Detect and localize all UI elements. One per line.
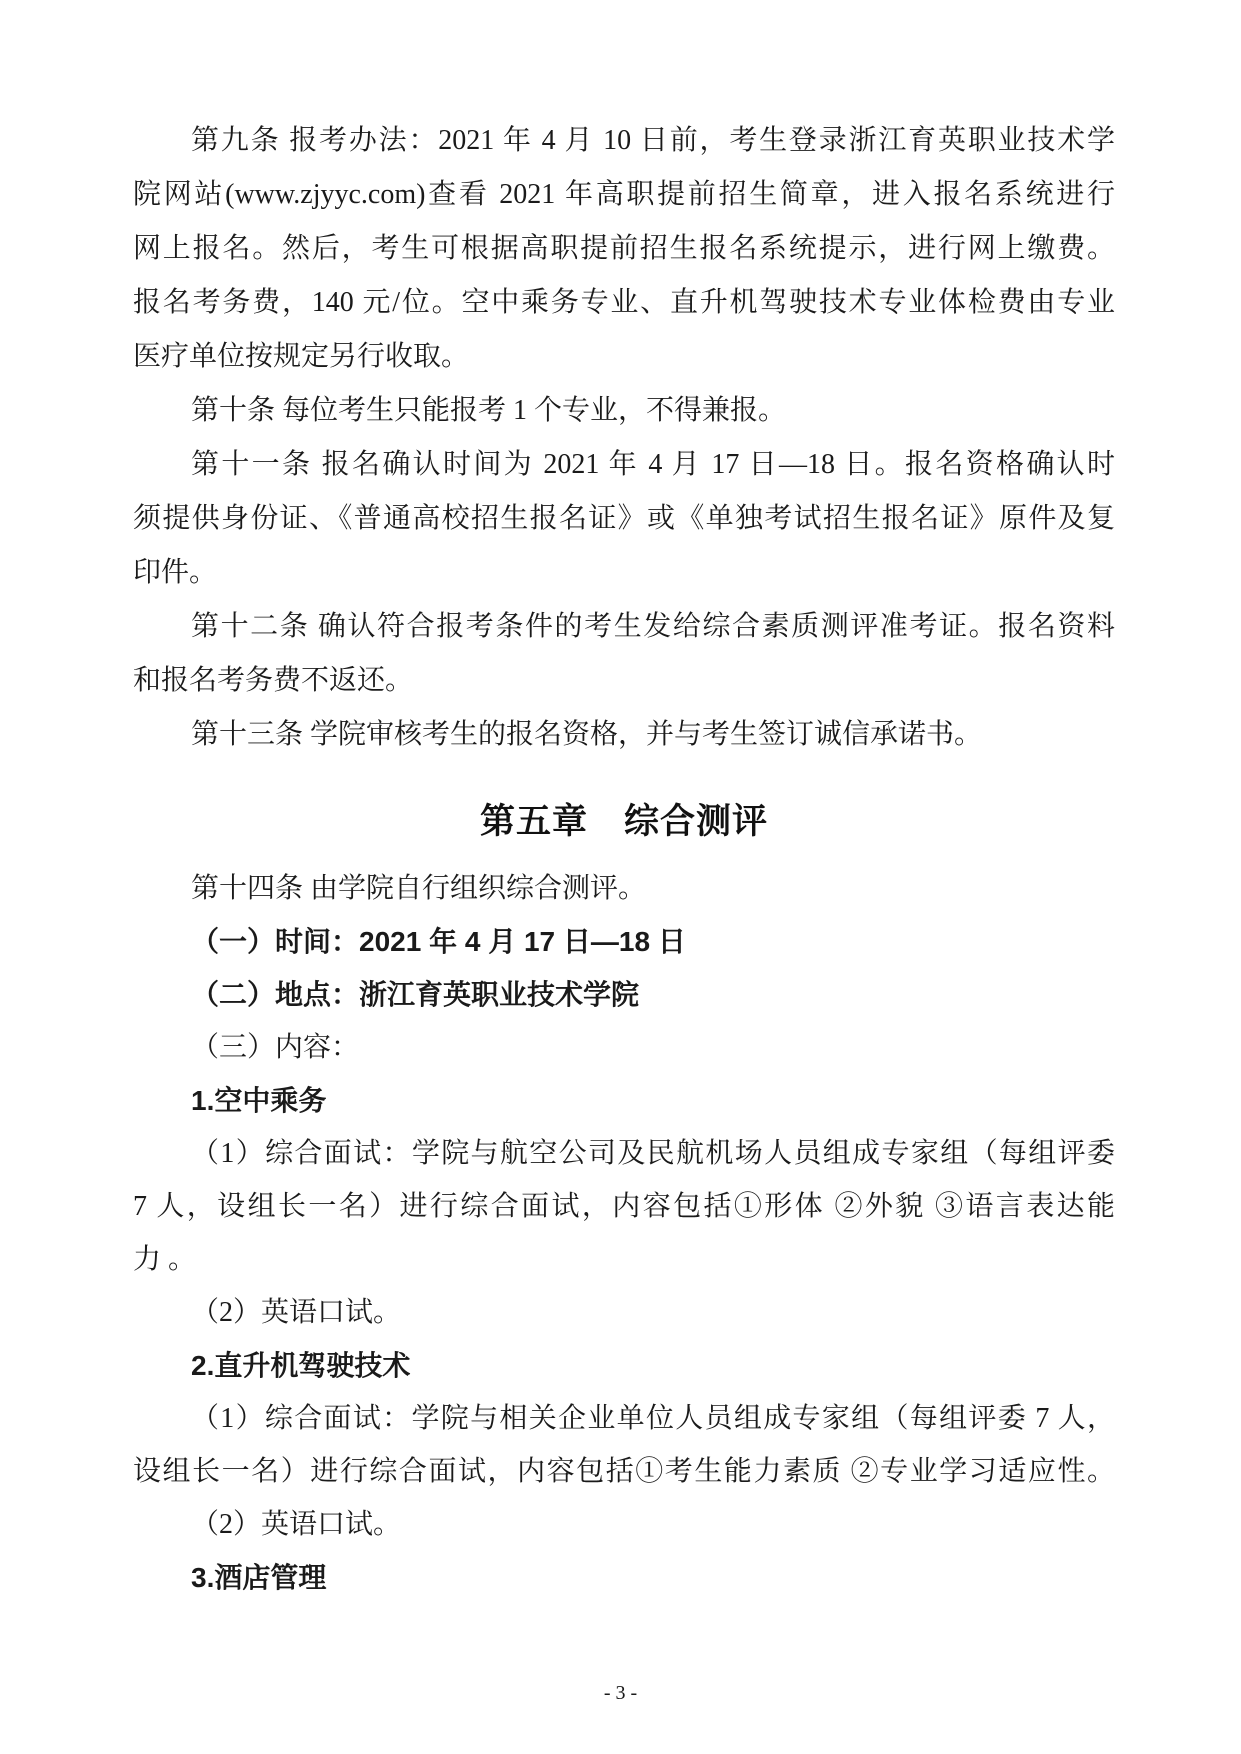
text-line: 设组长一名）进行综合面试，内容包括①考生能力素质 ②专业学习适应性。 — [133, 1445, 1115, 1498]
text-line: 报名考务费，140 元/位。空中乘务专业、直升机驾驶技术专业体检费由专业 — [133, 276, 1115, 330]
document-page: 第九条 报考办法：2021 年 4 月 10 日前，考生登录浙江育英职业技术学院… — [0, 0, 1241, 1754]
text-line: （1）综合面试：学院与航空公司及民航机场人员组成专家组（每组评委 — [133, 1127, 1115, 1180]
text-line: 第十条 每位考生只能报考 1 个专业，不得兼报。 — [133, 384, 1115, 438]
text-column: 第九条 报考办法：2021 年 4 月 10 日前，考生登录浙江育英职业技术学院… — [133, 114, 1115, 1604]
text-line: 力 。 — [133, 1233, 1115, 1286]
text-line: 网上报名。然后，考生可根据高职提前招生报名系统提示，进行网上缴费。 — [133, 222, 1115, 276]
text-line: 3.酒店管理 — [133, 1551, 1115, 1604]
text-line: 医疗单位按规定另行收取。 — [133, 330, 1115, 384]
registration-articles-section: 第九条 报考办法：2021 年 4 月 10 日前，考生登录浙江育英职业技术学院… — [133, 114, 1115, 762]
text-line: 第十一条 报名确认时间为 2021 年 4 月 17 日—18 日。报名资格确认… — [133, 438, 1115, 492]
text-line: 2.直升机驾驶技术 — [133, 1339, 1115, 1392]
text-line: （一）时间：2021 年 4 月 17 日—18 日 — [133, 915, 1115, 968]
chapter-title: 第五章 综合测评 — [133, 796, 1115, 848]
comprehensive-assessment-section: 第十四条 由学院自行组织综合测评。（一）时间：2021 年 4 月 17 日—1… — [133, 862, 1115, 1604]
text-line: 第十四条 由学院自行组织综合测评。 — [133, 862, 1115, 915]
text-line: （二）地点：浙江育英职业技术学院 — [133, 968, 1115, 1021]
text-line: （1）综合面试：学院与相关企业单位人员组成专家组（每组评委 7 人， — [133, 1392, 1115, 1445]
text-line: 7 人，设组长一名）进行综合面试，内容包括①形体 ②外貌 ③语言表达能 — [133, 1180, 1115, 1233]
text-line: 第十三条 学院审核考生的报名资格，并与考生签订诚信承诺书。 — [133, 708, 1115, 762]
text-line: （三）内容： — [133, 1021, 1115, 1074]
text-line: （2）英语口试。 — [133, 1286, 1115, 1339]
text-line: 第九条 报考办法：2021 年 4 月 10 日前，考生登录浙江育英职业技术学 — [133, 114, 1115, 168]
page-number: - 3 - — [0, 1680, 1241, 1706]
text-line: 第十二条 确认符合报考条件的考生发给综合素质测评准考证。报名资料 — [133, 600, 1115, 654]
text-line: 院网站(www.zjyyc.com)查看 2021 年高职提前招生简章，进入报名… — [133, 168, 1115, 222]
text-line: 印件。 — [133, 546, 1115, 600]
text-line: 须提供身份证、《普通高校招生报名证》或《单独考试招生报名证》原件及复 — [133, 492, 1115, 546]
text-line: （2）英语口试。 — [133, 1498, 1115, 1551]
text-line: 和报名考务费不返还。 — [133, 654, 1115, 708]
text-line: 1.空中乘务 — [133, 1074, 1115, 1127]
